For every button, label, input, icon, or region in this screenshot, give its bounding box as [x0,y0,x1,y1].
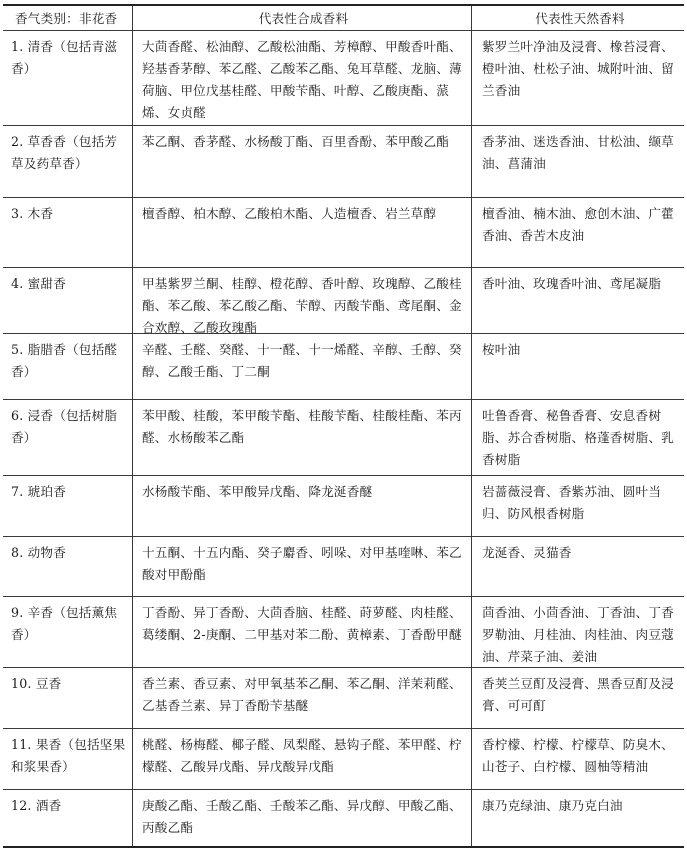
synthetic-cell: 檀香醇、柏木醇、乙酸柏木酯、人造檀香、岩兰草醇 [133,198,472,267]
natural-cell: 香荚兰豆酊及浸膏、黑香豆酊及浸膏、可可酊 [472,668,684,728]
category-cell: 12. 酒香 [3,790,133,846]
table-row: 4. 蜜甜香 甲基紫罗兰酮、桂醇、橙花醇、香叶醇、玫瑰醇、乙酸桂酯、苯乙酸、苯乙… [3,268,684,334]
synthetic-cell: 苯乙酮、香茅醛、水杨酸丁酯、百里香酚、苯甲酸乙酯 [133,126,472,197]
natural-cell: 龙涎香、灵猫香 [472,537,684,596]
table-row: 1. 清香（包括青滋香） 大茴香醛、松油醇、乙酸松油酯、芳樟醇、甲酸香叶酯、羟基… [3,31,684,126]
natural-cell: 香叶油、玫瑰香叶油、鸢尾凝脂 [472,268,684,333]
table-row: 3. 木香 檀香醇、柏木醇、乙酸柏木酯、人造檀香、岩兰草醇 檀香油、楠木油、愈创… [3,198,684,268]
synthetic-cell: 甲基紫罗兰酮、桂醇、橙花醇、香叶醇、玫瑰醇、乙酸桂酯、苯乙酸、苯乙酸乙酯、苄醇、… [133,268,472,333]
synthetic-cell: 桃醛、杨梅醛、椰子醛、凤梨醛、悬钩子醛、苯甲醛、柠檬醛、乙酸异戊酯、异戊酸异戊酯 [133,729,472,789]
category-cell: 8. 动物香 [3,537,133,596]
natural-cell: 岩蔷薇浸膏、香紫苏油、圆叶当归、防风根香树脂 [472,476,684,536]
natural-cell: 吐鲁香膏、秘鲁香膏、安息香树脂、苏合香树脂、格蓬香树脂、乳香树脂 [472,400,684,475]
header-synthetic: 代表性合成香料 [133,6,472,30]
category-cell: 11. 果香（包括坚果和浆果香） [3,729,133,789]
synthetic-cell: 十五酮、十五内酯、癸子麝香、吲哚、对甲基喹啉、苯乙酸对甲酚酯 [133,537,472,596]
natural-cell: 香柠檬、柠檬、柠檬草、防臭木、山苍子、白柠檬、圆柚等精油 [472,729,684,789]
category-cell: 10. 豆香 [3,668,133,728]
category-cell: 5. 脂腊香（包括醛香） [3,334,133,399]
synthetic-cell: 丁香酚、异丁香酚、大茴香脑、桂醛、莳萝醛、肉桂醛、葛缕酮、2-庚酮、二甲基对苯二… [133,597,472,667]
category-cell: 9. 辛香（包括薰焦香） [3,597,133,667]
natural-cell: 香茅油、迷迭香油、甘松油、缬草油、菖蒲油 [472,126,684,197]
natural-cell: 茴香油、小茴香油、丁香油、丁香罗勒油、月桂油、肉桂油、肉豆蔻油、芹菜子油、姜油 [472,597,684,667]
table-row: 8. 动物香 十五酮、十五内酯、癸子麝香、吲哚、对甲基喹啉、苯乙酸对甲酚酯 龙涎… [3,537,684,597]
table-row: 6. 浸香（包括树脂香） 苯甲酸、桂酸，苯甲酸苄酯、桂酸苄酯、桂酸桂酯、苯丙醛、… [3,400,684,476]
table-header-row: 香气类别：非花香 代表性合成香料 代表性天然香料 [3,6,684,31]
natural-cell: 檀香油、楠木油、愈创木油、广藿香油、香苦木皮油 [472,198,684,267]
synthetic-cell: 苯甲酸、桂酸，苯甲酸苄酯、桂酸苄酯、桂酸桂酯、苯丙醛、水杨酸苯乙酯 [133,400,472,475]
synthetic-cell: 庚酸乙酯、壬酸乙酯、壬酸苯乙酯、异戊醇、甲酸乙酯、丙酸乙酯 [133,790,472,846]
synthetic-cell: 辛醛、壬醛、癸醛、十一醛、十一烯醛、辛醇、壬醇、癸醇、乙酸壬酯、丁二酮 [133,334,472,399]
category-cell: 3. 木香 [3,198,133,267]
table-row: 7. 琥珀香 水杨酸苄酯、苯甲酸异戊酯、降龙涎香醚 岩蔷薇浸膏、香紫苏油、圆叶当… [3,476,684,537]
header-natural: 代表性天然香料 [472,6,684,30]
category-cell: 1. 清香（包括青滋香） [3,31,133,125]
table-row: 9. 辛香（包括薰焦香） 丁香酚、异丁香酚、大茴香脑、桂醛、莳萝醛、肉桂醛、葛缕… [3,597,684,668]
table-row: 2. 草香香（包括芳草及药草香） 苯乙酮、香茅醛、水杨酸丁酯、百里香酚、苯甲酸乙… [3,126,684,198]
category-cell: 6. 浸香（包括树脂香） [3,400,133,475]
table-row: 10. 豆香 香兰素、香豆素、对甲氧基苯乙酮、苯乙酮、洋茉莉醛、乙基香兰素、异丁… [3,668,684,729]
table-row: 5. 脂腊香（包括醛香） 辛醛、壬醛、癸醛、十一醛、十一烯醛、辛醇、壬醇、癸醇、… [3,334,684,400]
category-cell: 2. 草香香（包括芳草及药草香） [3,126,133,197]
table-row: 11. 果香（包括坚果和浆果香） 桃醛、杨梅醛、椰子醛、凤梨醛、悬钩子醛、苯甲醛… [3,729,684,790]
category-cell: 4. 蜜甜香 [3,268,133,333]
header-category: 香气类别：非花香 [3,6,133,30]
natural-cell: 紫罗兰叶净油及浸膏、橡苔浸膏、橙叶油、杜松子油、城附叶油、留兰香油 [472,31,684,125]
category-cell: 7. 琥珀香 [3,476,133,536]
natural-cell: 康乃克绿油、康乃克白油 [472,790,684,846]
synthetic-cell: 水杨酸苄酯、苯甲酸异戊酯、降龙涎香醚 [133,476,472,536]
synthetic-cell: 香兰素、香豆素、对甲氧基苯乙酮、苯乙酮、洋茉莉醛、乙基香兰素、异丁香酚苄基醚 [133,668,472,728]
synthetic-cell: 大茴香醛、松油醇、乙酸松油酯、芳樟醇、甲酸香叶酯、羟基香茅醇、苯乙醛、乙酸苯乙酯… [133,31,472,125]
fragrance-table: 香气类别：非花香 代表性合成香料 代表性天然香料 1. 清香（包括青滋香） 大茴… [3,4,684,848]
natural-cell: 桉叶油 [472,334,684,399]
table-row: 12. 酒香 庚酸乙酯、壬酸乙酯、壬酸苯乙酯、异戊醇、甲酸乙酯、丙酸乙酯 康乃克… [3,790,684,846]
